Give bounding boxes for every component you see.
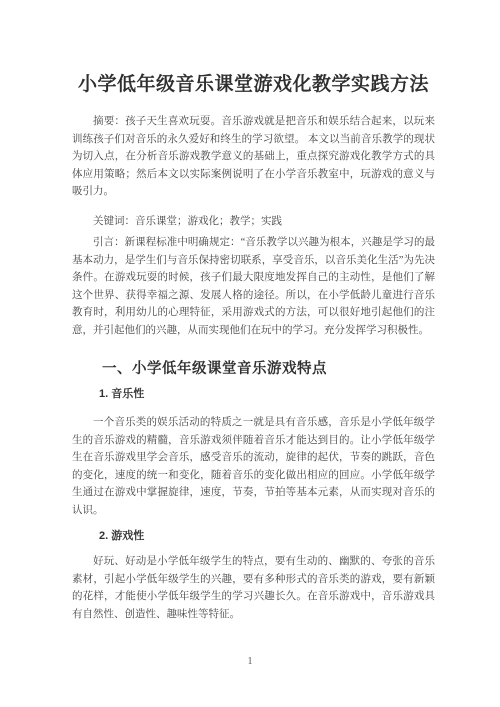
- subsection-heading-playfulness: 2. 游戏性: [72, 528, 435, 544]
- section-heading-1: 一、小学低年级课堂音乐游戏特点: [72, 359, 435, 379]
- page-number: 1: [0, 656, 500, 668]
- keywords-line: 关键词：音乐课堂；游戏化；教学；实践: [72, 213, 435, 231]
- document-title: 小学低年级音乐课堂游戏化教学实践方法: [72, 74, 435, 95]
- introduction-paragraph: 引言：新课程标准中明确规定：“音乐教学以兴趣为根本，兴趣是学习的最基本动力，是学…: [72, 234, 435, 339]
- subsection-paragraph-musicality: 一个音乐类的娱乐活动的特质之一就是具有音乐感，音乐是小学低年级学生的音乐游戏的精…: [72, 414, 435, 519]
- abstract-paragraph: 摘要：孩子天生喜欢玩耍。音乐游戏就是把音乐和娱乐结合起来，以玩来训练孩子们对音乐…: [72, 113, 435, 201]
- subsection-heading-musicality: 1. 音乐性: [72, 386, 435, 402]
- subsection-paragraph-playfulness: 好玩、好动是小学低年级学生的特点，要有生动的、幽默的、夸张的音乐素材，引起小学低…: [72, 553, 435, 623]
- document-page: 小学低年级音乐课堂游戏化教学实践方法 摘要：孩子天生喜欢玩耍。音乐游戏就是把音乐…: [0, 0, 500, 707]
- document-content: 小学低年级音乐课堂游戏化教学实践方法 摘要：孩子天生喜欢玩耍。音乐游戏就是把音乐…: [72, 74, 435, 623]
